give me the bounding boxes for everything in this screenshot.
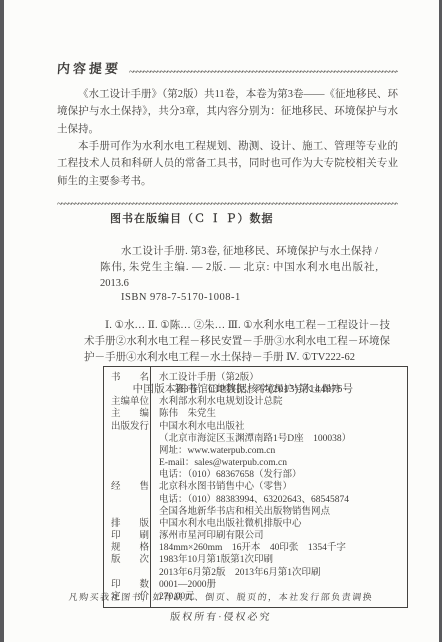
page-footer: 凡购买我社图书，如有缺页、倒页、脱页的，本社发行部负责调换 版权所有·侵权必究: [30, 590, 412, 623]
summary-paragraph-2: 本手册可作为水利水电工程规划、勘测、设计、施工、管理等专业的工程技术人员和科研人…: [57, 138, 398, 190]
publisher-website: 网址：www.waterpub.com.cn: [159, 445, 403, 457]
row-value: 陈伟 朱党生: [150, 408, 407, 420]
row-value: 水工设计手册（第2版） 第3卷 征地移民、环境保护与水土保持: [150, 372, 407, 396]
row-label: 书 名: [104, 372, 150, 396]
publisher-phone: 电话：（010）68367658（发行部）: [159, 469, 403, 481]
value-line: 全国各地新华书店和相关出版物销售网点: [159, 506, 403, 518]
colophon-column-divider: [150, 367, 151, 607]
value-line: 中国水利水电出版社: [159, 421, 403, 433]
colophon-table: 书 名 水工设计手册（第2版） 第3卷 征地移民、环境保护与水土保持 主编单位 …: [103, 366, 408, 608]
copyright-notice: 版权所有·侵权必究: [29, 608, 413, 623]
distributor-phone: 电话：（010）88383994、63202643、68545874: [159, 494, 403, 506]
value-line: 水利部水利水电规划设计总院: [159, 396, 403, 408]
cip-record: 水工设计手册. 第3卷, 征地移民、环境保护与水土保持 / 陈伟, 朱党生主编.…: [100, 244, 378, 291]
summary-paragraph-1: 《水工设计手册》（第2版）共11卷，本卷为第3卷——《征地移民、环境保护与水土保…: [57, 86, 398, 138]
book-copyright-page: 内容提要 ~~~~~~~~~~~~~~~~~~~~~~~~~~~~~~~~~~~…: [0, 0, 442, 642]
row-label: 排 版: [104, 518, 150, 530]
row-label: 主编单位: [104, 396, 150, 408]
wavy-divider: ~~~~~~~~~~~~~~~~~~~~~~~~~~~~~~~~~~~~~~~~…: [129, 68, 398, 77]
value-line: 0001—2000册: [159, 579, 403, 591]
value-line: （北京市海淀区玉渊潭南路1号D座 100038）: [159, 433, 403, 445]
content-summary-header: 内容提要 ~~~~~~~~~~~~~~~~~~~~~~~~~~~~~~~~~~~…: [57, 58, 398, 77]
value-line: 1983年10月第1版第1次印刷: [159, 554, 403, 566]
row-value: 中国水利水电出版社微机排版中心: [150, 518, 407, 530]
cip-isbn: ISBN 978-7-5170-1008-1: [100, 292, 382, 303]
row-value: 中国水利水电出版社 （北京市海淀区玉渊潭南路1号D座 100038） 网址：ww…: [150, 421, 407, 482]
exchange-notice: 凡购买我社图书，如有缺页、倒页、脱页的，本社发行部负责调换: [29, 590, 412, 603]
value-line: 184mm×260mm 16开本 40印张 1354千字: [159, 542, 403, 554]
value-line: 2013年6月第2版 2013年6月第1次印刷: [159, 567, 403, 579]
value-line: 中国水利水电出版社微机排版中心: [159, 518, 403, 530]
value-line: 涿州市星河印刷有限公司: [159, 530, 403, 542]
value-line: 水工设计手册（第2版）: [159, 372, 403, 384]
row-label: 经 售: [104, 481, 150, 517]
row-value: 0001—2000册: [150, 579, 407, 591]
content-summary-section: 内容提要 ~~~~~~~~~~~~~~~~~~~~~~~~~~~~~~~~~~~…: [57, 58, 398, 209]
row-label: 版 次: [104, 554, 150, 578]
row-value: 涿州市星河印刷有限公司: [150, 530, 407, 542]
row-label: 印 数: [104, 579, 150, 591]
row-label: 印 刷: [104, 530, 150, 542]
row-label: 主 编: [104, 408, 150, 420]
value-line: 陈伟 朱党生: [159, 408, 403, 420]
publisher-email: E-mail：sales@waterpub.com.cn: [159, 457, 403, 469]
row-label: 出版发行: [104, 421, 150, 482]
row-value: 184mm×260mm 16开本 40印张 1354千字: [150, 542, 407, 554]
row-value: 1983年10月第1版第1次印刷 2013年6月第2版 2013年6月第1次印刷: [150, 554, 407, 578]
value-line: 北京科水图书销售中心（零售）: [159, 481, 403, 493]
value-line: 第3卷 征地移民、环境保护与水土保持: [159, 384, 403, 396]
row-value: 北京科水图书销售中心（零售） 电话：（010）88383994、63202643…: [150, 481, 407, 517]
scan-edge-left: [0, 0, 4, 642]
cip-classification: Ⅰ. ①水… Ⅱ. ①陈… ②朱… Ⅲ. ①水利水电工程－工程设计－技术手册②水…: [84, 318, 390, 365]
row-label: 规 格: [104, 542, 150, 554]
cip-heading: 图书在版编目（Ｃ Ｉ Ｐ）数据: [110, 210, 382, 226]
content-summary-title: 内容提要: [56, 58, 121, 77]
row-value: 水利部水利水电规划设计总院: [150, 396, 407, 408]
wavy-divider-bottom: ~~~~~~~~~~~~~~~~~~~~~~~~~~~~~~~~~~~~~~~~…: [57, 200, 398, 209]
